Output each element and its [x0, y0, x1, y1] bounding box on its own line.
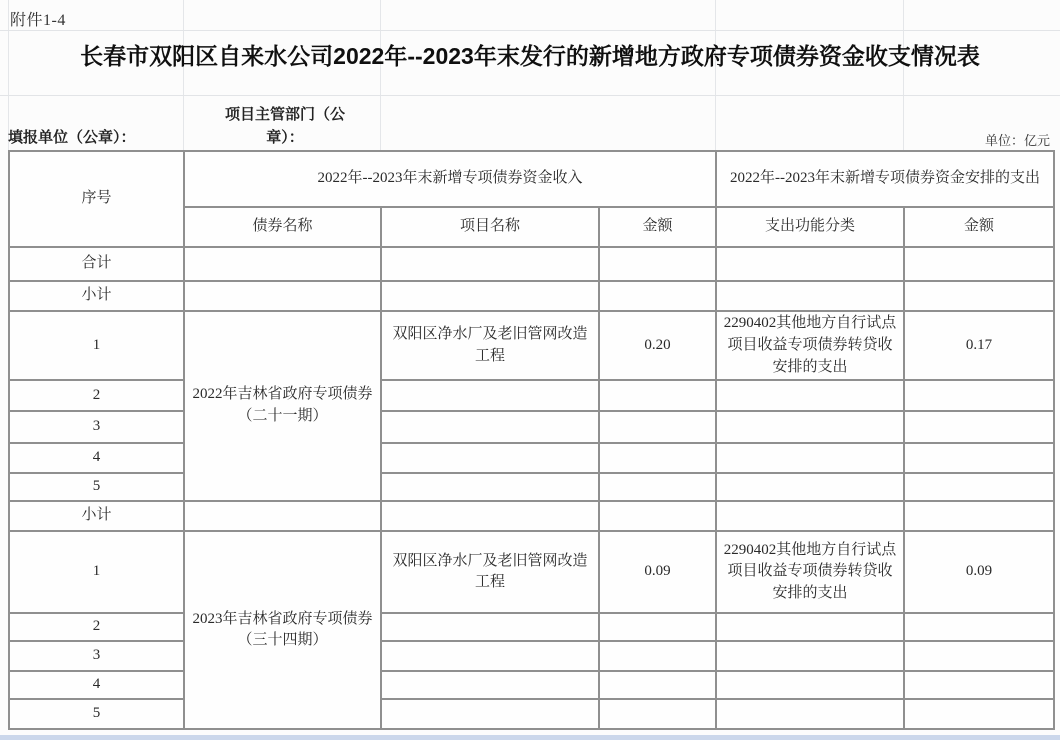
cell-expense: [904, 501, 1054, 531]
bond-funds-table: 序号 2022年--2023年末新增专项债券资金收入 2022年--2023年末…: [8, 150, 1055, 730]
cell-project: [381, 380, 599, 411]
cell-expense-class: 2290402其他地方自行试点项目收益专项债券转贷收安排的支出: [716, 531, 904, 613]
table-row: 5: [9, 699, 1054, 729]
cell-bond-name: 2022年吉林省政府专项债券（二十一期）: [184, 311, 381, 501]
cell-expense: 0.17: [904, 311, 1054, 380]
cell-seq: 5: [9, 473, 184, 501]
spreadsheet-view: 附件1-4 长春市双阳区自来水公司2022年--2023年末发行的新增地方政府专…: [0, 0, 1060, 740]
cell-seq: 4: [9, 671, 184, 699]
cell-bond: [184, 281, 381, 311]
subtotal-row: 小计: [9, 281, 1054, 311]
cell-project: [381, 501, 599, 531]
header-row-groups: 序号 2022年--2023年末新增专项债券资金收入 2022年--2023年末…: [9, 151, 1054, 207]
gridline-vertical: [715, 0, 716, 150]
cell-income: [599, 380, 716, 411]
table-row: 3: [9, 411, 1054, 443]
cell-project: [381, 443, 599, 473]
gridline-vertical: [380, 0, 381, 150]
cell-income: [599, 247, 716, 281]
cell-expense: [904, 443, 1054, 473]
cell-expense-class: [716, 247, 904, 281]
attachment-label: 附件1-4: [10, 7, 66, 30]
table-row: 2: [9, 613, 1054, 641]
cell-income: 0.09: [599, 531, 716, 613]
cell-seq: 4: [9, 443, 184, 473]
cell-expense: [904, 281, 1054, 311]
cell-income: [599, 671, 716, 699]
cell-expense: [904, 671, 1054, 699]
header-expense-group: 2022年--2023年末新增专项债券资金安排的支出: [716, 151, 1054, 207]
subtotal-label-cell: 小计: [9, 281, 184, 311]
cell-seq: 3: [9, 641, 184, 671]
cell-project: 双阳区净水厂及老旧管网改造工程: [381, 531, 599, 613]
cell-bond-name: 2023年吉林省政府专项债券（三十四期）: [184, 531, 381, 729]
subtotal-row: 小计: [9, 501, 1054, 531]
cell-expense: [904, 247, 1054, 281]
cell-project: [381, 671, 599, 699]
cell-income: [599, 641, 716, 671]
cell-expense-class: [716, 699, 904, 729]
page-title: 长春市双阳区自来水公司2022年--2023年末发行的新增地方政府专项债券资金收…: [0, 38, 1060, 71]
gridline-vertical: [183, 0, 184, 150]
cell-seq: 2: [9, 613, 184, 641]
next-row-highlight: [0, 735, 1060, 740]
cell-income: [599, 501, 716, 531]
cell-expense: [904, 699, 1054, 729]
header-income-group: 2022年--2023年末新增专项债券资金收入: [184, 151, 716, 207]
cell-project: [381, 281, 599, 311]
filler-unit-label: 填报单位（公章）：: [8, 126, 136, 147]
cell-bond: [184, 247, 381, 281]
cell-project: [381, 247, 599, 281]
unit-label: 单位：亿元: [985, 130, 1050, 149]
cell-expense-class: [716, 473, 904, 501]
cell-expense-class: [716, 671, 904, 699]
cell-expense-class: [716, 380, 904, 411]
cell-expense: 0.09: [904, 531, 1054, 613]
cell-income: [599, 613, 716, 641]
cell-expense: [904, 380, 1054, 411]
table-row: 4: [9, 671, 1054, 699]
cell-expense-class: [716, 281, 904, 311]
cell-bond: [184, 501, 381, 531]
cell-expense: [904, 613, 1054, 641]
cell-project: [381, 699, 599, 729]
cell-income: [599, 473, 716, 501]
table-row: 1 2022年吉林省政府专项债券（二十一期） 双阳区净水厂及老旧管网改造工程 0…: [9, 311, 1054, 380]
cell-income: 0.20: [599, 311, 716, 380]
table-row: 2: [9, 380, 1054, 411]
cell-expense: [904, 411, 1054, 443]
cell-income: [599, 443, 716, 473]
cell-seq: 3: [9, 411, 184, 443]
cell-project: [381, 613, 599, 641]
table-row: 5: [9, 473, 1054, 501]
header-project-name: 项目名称: [381, 207, 599, 247]
cell-project: [381, 473, 599, 501]
cell-income: [599, 411, 716, 443]
cell-income: [599, 699, 716, 729]
cell-seq: 2: [9, 380, 184, 411]
header-income-amount: 金额: [599, 207, 716, 247]
cell-expense-class: [716, 501, 904, 531]
cell-seq: 1: [9, 311, 184, 380]
subtotal-label-cell: 小计: [9, 501, 184, 531]
cell-project: [381, 641, 599, 671]
cell-expense-class: 2290402其他地方自行试点项目收益专项债券转贷收安排的支出: [716, 311, 904, 380]
table-row: 1 2023年吉林省政府专项债券（三十四期） 双阳区净水厂及老旧管网改造工程 0…: [9, 531, 1054, 613]
cell-seq: 5: [9, 699, 184, 729]
total-row: 合计: [9, 247, 1054, 281]
cell-project: 双阳区净水厂及老旧管网改造工程: [381, 311, 599, 380]
gridline-vertical: [903, 0, 904, 150]
cell-expense: [904, 641, 1054, 671]
cell-expense-class: [716, 613, 904, 641]
cell-seq: 1: [9, 531, 184, 613]
gridline-horizontal: [0, 30, 1060, 31]
total-label-cell: 合计: [9, 247, 184, 281]
cell-expense-class: [716, 411, 904, 443]
cell-expense-class: [716, 443, 904, 473]
header-bond-name: 债券名称: [184, 207, 381, 247]
dept-label: 项目主管部门（公章）：: [220, 104, 350, 149]
gridline-horizontal: [0, 95, 1060, 96]
table-row: 4: [9, 443, 1054, 473]
cell-project: [381, 411, 599, 443]
cell-expense: [904, 473, 1054, 501]
header-seq: 序号: [9, 151, 184, 247]
cell-expense-class: [716, 641, 904, 671]
cell-income: [599, 281, 716, 311]
header-expense-amount: 金额: [904, 207, 1054, 247]
table-row: 3: [9, 641, 1054, 671]
header-expense-class: 支出功能分类: [716, 207, 904, 247]
